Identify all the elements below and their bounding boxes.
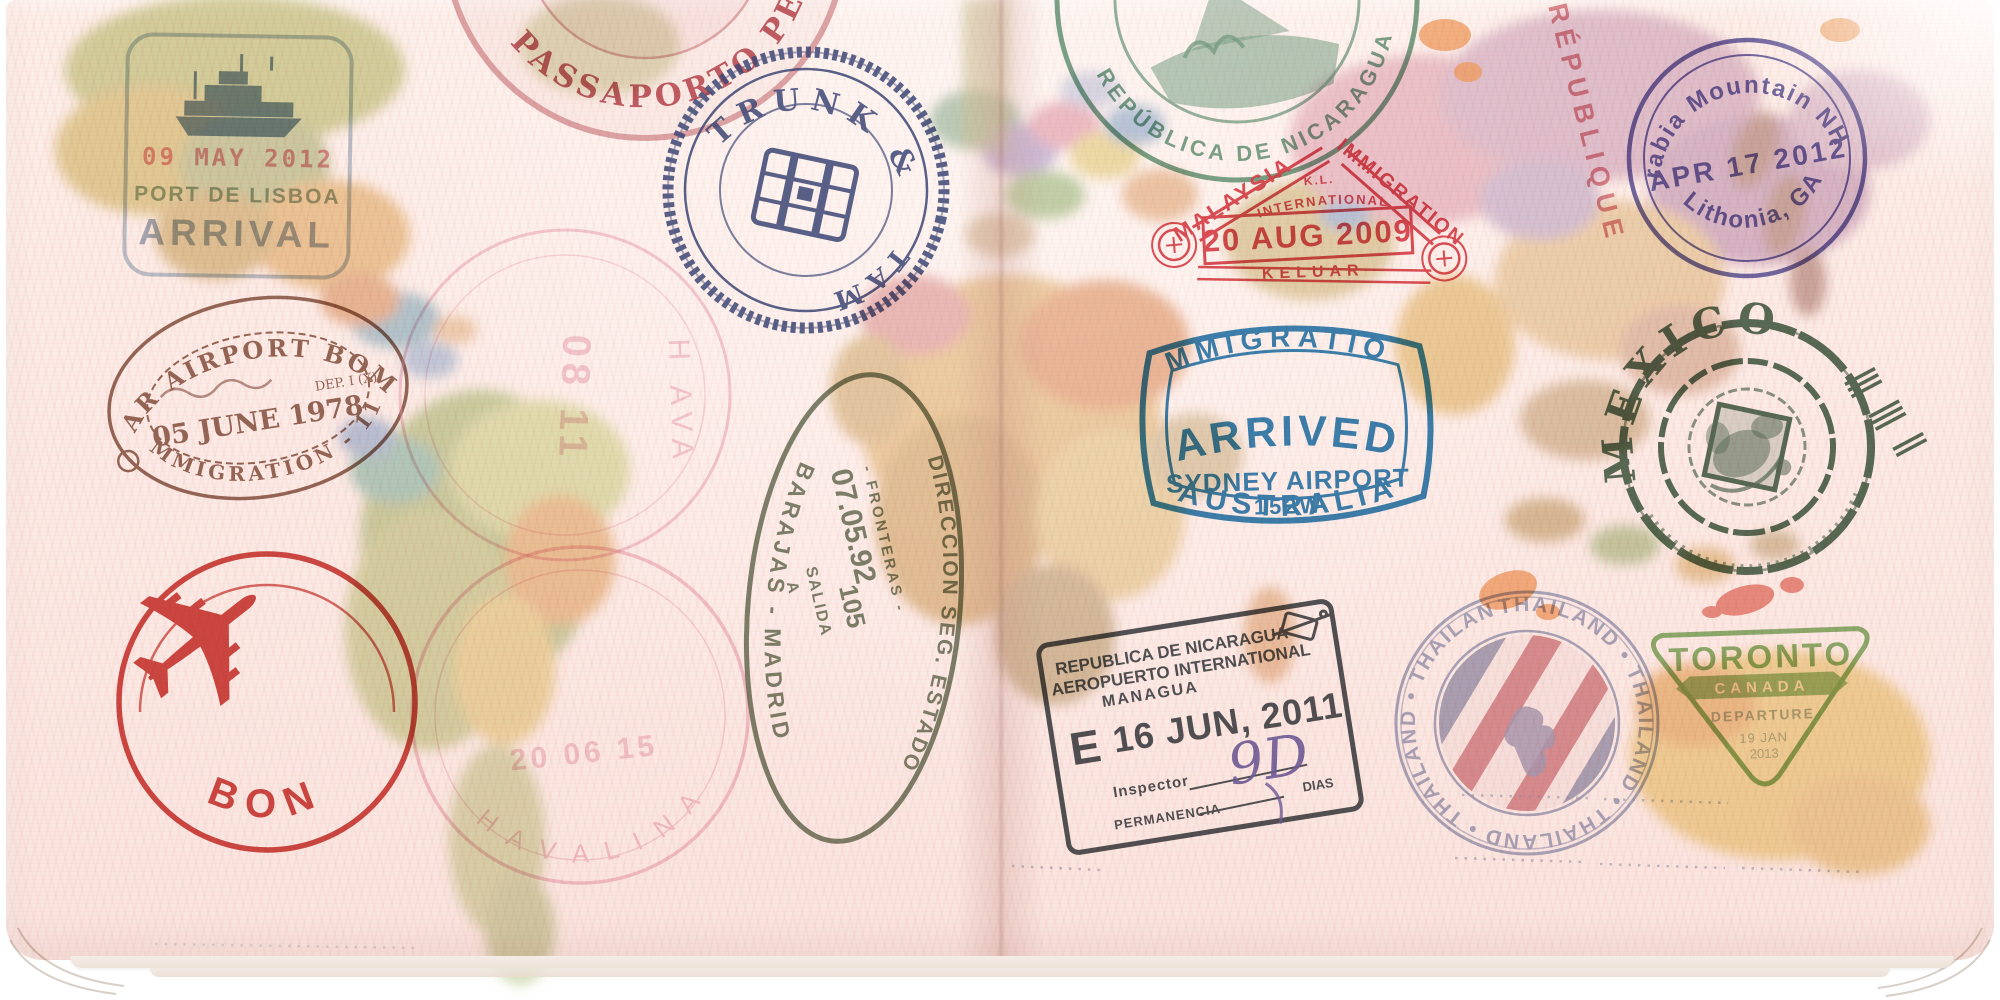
- stamp-mexico: MEXICO: [1578, 275, 1938, 587]
- lisboa-port: PORT DE LISBOA: [134, 182, 341, 209]
- stamp-havana-upper: 08 11 H AVA: [379, 209, 752, 582]
- toronto-type: DEPARTURE: [1711, 705, 1816, 725]
- stacked-page-edge: [70, 956, 1954, 968]
- page-fold-shadow: [958, 0, 1044, 960]
- republique-fragment: RÉPUBLIQUE: [1542, 0, 1632, 247]
- stamp-lisboa: 09 MAY 2012 PORT DE LISBOA ARRIVAL: [124, 34, 352, 278]
- mexico-hatch-marks: [1845, 363, 1926, 461]
- nicaragua-emblem-icon: [1140, 0, 1346, 120]
- eagle-emblem-icon: [1683, 383, 1810, 510]
- stamp-managua: REPUBLICA DE NICARAGUA AEROPUERTO INTERN…: [1036, 592, 1363, 857]
- svg-text:ARRIVED: ARRIVED: [1169, 404, 1405, 471]
- toronto-date2: 2013: [1750, 745, 1779, 761]
- havana-lower-date: 20 06 15: [508, 729, 659, 777]
- toronto-date1: 19 JAN: [1739, 729, 1788, 746]
- stacked-page-edge-2: [150, 968, 1890, 977]
- madrid-number: 105: [833, 582, 872, 631]
- managua-inspector: Inspector: [1112, 773, 1190, 802]
- stamp-havana-lower: 20 06 15 H A V A L I N A: [395, 530, 764, 899]
- lisboa-status: ARRIVAL: [138, 211, 335, 255]
- managua-permanencia: PERMANENCIA: [1113, 801, 1222, 833]
- madrid-letter: A: [783, 580, 802, 596]
- toronto-city: TORONTO: [1668, 635, 1854, 678]
- madrid-salida: SALIDA: [802, 565, 835, 639]
- malaysia-kl: K.L.: [1303, 172, 1335, 189]
- sydney-arrived: ARRIVED: [1169, 404, 1405, 471]
- passport-spread-photo: 09 MAY 2012 PORT DE LISBOA ARRIVAL PASSA…: [0, 0, 2000, 1000]
- stamp-sydney: IMMIGRATION ARRIVED SYDNEY AIRPORT 152W …: [1104, 261, 1433, 528]
- lisboa-date: 09 MAY 2012: [142, 142, 334, 173]
- stamp-toronto: TORONTO CANADA DEPARTURE 19 JAN 2013: [1653, 628, 1872, 787]
- havana-upper-digits: 08 11: [550, 334, 598, 463]
- page-highlight: [1740, 0, 2000, 200]
- bon-label: BON: [202, 769, 332, 826]
- svg-text:BON: BON: [202, 769, 332, 826]
- havana-upper-letters: H AVA: [662, 338, 699, 468]
- malaysia-keluar: KELUAR: [1262, 262, 1365, 283]
- stamp-bon: ✈ BON: [76, 509, 415, 850]
- airplane-icon: ✈: [76, 509, 332, 774]
- managua-entry: E: [1066, 719, 1104, 775]
- stamp-bombay: SAHAR AIRPORT BOMBAY DEP. I (X) 05 JUNE …: [94, 277, 421, 519]
- toronto-country: CANADA: [1714, 677, 1810, 697]
- travel-trunk-icon: [752, 149, 857, 241]
- stamp-madrid: DIRECCION SEG. ESTADO BARAJAS - MADRID -…: [728, 366, 980, 851]
- stamp-thailand: THAILAND • THAILAND • THAILAND • THAILAN…: [1344, 538, 1718, 912]
- ferry-ship-icon: [176, 53, 301, 137]
